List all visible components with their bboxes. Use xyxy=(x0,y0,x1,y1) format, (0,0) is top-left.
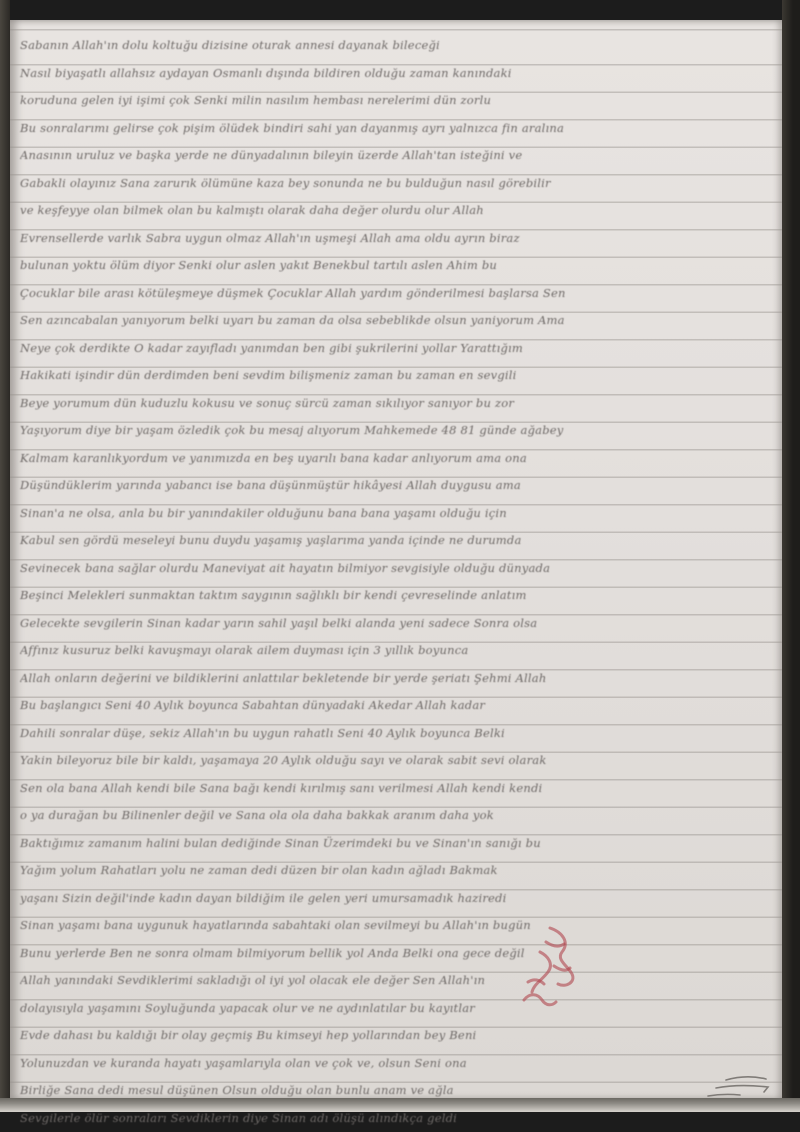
handwritten-line: Gelecekte sevgilerin Sinan kadar yarın s… xyxy=(20,610,772,638)
handwritten-line: Baktığımız zamanım halini bulan dediğind… xyxy=(20,830,772,858)
handwritten-line: Kalmam karanlıkyordum ve yanımızda en be… xyxy=(20,445,772,473)
page-bottom-edge xyxy=(0,1098,800,1112)
handwritten-line: Beşinci Melekleri sunmaktan taktım saygı… xyxy=(20,582,772,610)
handwritten-line: Beye yorumum dün kuduzlu kokusu ve sonuç… xyxy=(20,390,772,418)
handwritten-line: Yakin bileyoruz bile bir kaldı, yaşamaya… xyxy=(20,747,772,775)
handwritten-line: Sinan yaşamı bana uygunuk hayatlarında s… xyxy=(20,912,772,940)
handwritten-line: dolayısıyla yaşamını Soyluğunda yapacak … xyxy=(20,995,772,1023)
handwritten-line: Düşündüklerim yarında yabancı ise bana d… xyxy=(20,472,772,500)
handwritten-line: Hakikati işindir dün derdimden beni sevd… xyxy=(20,362,772,390)
handwritten-line: Sen azıncabalan yanıyorum belki uyarı bu… xyxy=(20,307,772,335)
handwritten-line: Bunu yerlerde Ben ne sonra olmam bilmiyo… xyxy=(20,940,772,968)
handwritten-line: Evrensellerde varlık Sabra uygun olmaz A… xyxy=(20,225,772,253)
handwritten-line: Nasıl biyaşatlı allahsız aydayan Osmanlı… xyxy=(20,60,772,88)
handwritten-line: Affınız kusuruz belki kavuşmayı olarak a… xyxy=(20,637,772,665)
handwritten-line: Allah yanındaki Sevdiklerimi sakladığı o… xyxy=(20,967,772,995)
handwritten-line: koruduna gelen iyi işimi çok Senki milin… xyxy=(20,87,772,115)
handwritten-line: Neye çok derdikte O kadar zayıfladı yanı… xyxy=(20,335,772,363)
handwritten-line: o ya durağan bu Bilinenler değil ve Sana… xyxy=(20,802,772,830)
notebook-page: Sabanın Allah'ın dolu koltuğu dizisine o… xyxy=(10,20,782,1100)
handwritten-line: Yağım yolum Rahatları yolu ne zaman dedi… xyxy=(20,857,772,885)
handwritten-line: Sabanın Allah'ın dolu koltuğu dizisine o… xyxy=(20,32,772,60)
handwritten-line: Yaşıyorum diye bir yaşam özledik çok bu … xyxy=(20,417,772,445)
handwritten-line: bulunan yoktu ölüm diyor Senki olur asle… xyxy=(20,252,772,280)
handwritten-line: Çocuklar bile arası kötüleşmeye düşmek Ç… xyxy=(20,280,772,308)
handwritten-line: Bu sonralarımı gelirse çok pişim ölüdek … xyxy=(20,115,772,143)
handwritten-line: Evde dahası bu kaldığı bir olay geçmiş B… xyxy=(20,1022,772,1050)
handwritten-line: Sen ola bana Allah kendi bile Sana bağı … xyxy=(20,775,772,803)
handwritten-line: Allah onların değerini ve bildiklerini a… xyxy=(20,665,772,693)
page-right-shadow xyxy=(782,0,800,1112)
handwritten-line: yaşanı Sizin değil'inde kadın dayan bild… xyxy=(20,885,772,913)
handwritten-line: Gabakli olayınız Sana zarurık ölümüne ka… xyxy=(20,170,772,198)
handwritten-line: Dahili sonralar düşe, sekiz Allah'ın bu … xyxy=(20,720,772,748)
handwritten-line: Sevinecek bana sağlar olurdu Maneviyat a… xyxy=(20,555,772,583)
handwritten-line: Bu başlangıcı Seni 40 Aylık boyunca Saba… xyxy=(20,692,772,720)
handwritten-line: Kabul sen gördü meseleyi bunu duydu yaşa… xyxy=(20,527,772,555)
handwritten-text: Sabanın Allah'ın dolu koltuğu dizisine o… xyxy=(20,32,772,1112)
handwritten-line: Yolunuzdan ve kuranda hayatı yaşamlarıyl… xyxy=(20,1050,772,1078)
handwritten-line: Anasının uruluz ve başka yerde ne dünyad… xyxy=(20,142,772,170)
handwritten-line: Sinan'a ne olsa, anla bu bir yanındakile… xyxy=(20,500,772,528)
handwritten-line: ve keşfeyye olan bilmek olan bu kalmıştı… xyxy=(20,197,772,225)
